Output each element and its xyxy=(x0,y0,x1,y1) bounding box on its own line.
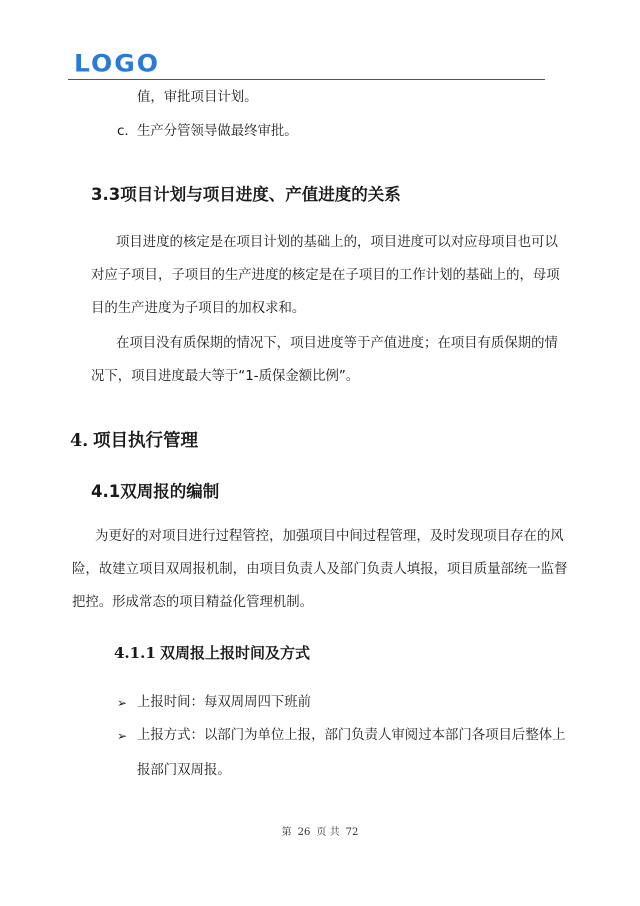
bullet-text: 上报时间：每双周周四下班前 xyxy=(137,694,311,712)
section-heading-3-3: 3.3项目计划与项目进度、产值进度的关系 xyxy=(91,184,401,206)
continued-text: 值，审批项目计划。 xyxy=(137,89,258,107)
paragraph-line: 险，故建立项目双周报机制，由项目负责人及部门负责人填报，项目质量部统一监督 xyxy=(72,561,567,579)
page-footer: 第26页 共72 xyxy=(0,826,640,840)
arrow-bullet-icon: ➢ xyxy=(117,727,127,745)
paragraph-line: 为更好的对项目进行过程管控，加强项目中间过程管理，及时发现项目存在的风 xyxy=(95,528,564,546)
paragraph-line: 把控。形成常态的项目精益化管理机制。 xyxy=(72,594,313,612)
paragraph-line: 况下，项目进度最大等于“1-质保金额比例”。 xyxy=(91,368,359,386)
section-number: 4. xyxy=(70,430,88,452)
list-item-text: 生产分管领导做最终审批。 xyxy=(137,123,298,141)
section-title: 双周报上报时间及方式 xyxy=(160,643,310,663)
total-pages: 72 xyxy=(346,827,359,838)
header-divider xyxy=(68,79,545,80)
paragraph-line: 目的生产进度为子项目的加权求和。 xyxy=(91,300,305,318)
page-number: 26 xyxy=(298,827,311,838)
paragraph-line: 项目进度的核定是在项目计划的基础上的，项目进度可以对应母项目也可以 xyxy=(116,234,558,252)
list-marker: c. xyxy=(117,123,129,141)
paragraph-line: 在项目没有质保期的情况下，项目进度等于产值进度；在项目有质保期的情 xyxy=(116,335,558,353)
section-number: 4.1.1 xyxy=(114,643,156,663)
arrow-bullet-icon: ➢ xyxy=(117,694,127,712)
logo: LOGO xyxy=(74,51,160,78)
paragraph-line: 对应子项目，子项目的生产进度的核定是在子项目的工作计划的基础上的，母项 xyxy=(91,267,560,285)
section-title: 项目执行管理 xyxy=(93,430,198,452)
bullet-text: 上报方式：以部门为单位上报，部门负责人审阅过本部门各项目后整体上 xyxy=(137,727,566,745)
section-heading-4-1: 4.1双周报的编制 xyxy=(91,481,219,503)
footer-middle: 页 共 xyxy=(316,827,339,838)
bullet-text: 报部门双周报。 xyxy=(137,762,231,780)
footer-prefix: 第 xyxy=(282,827,292,838)
